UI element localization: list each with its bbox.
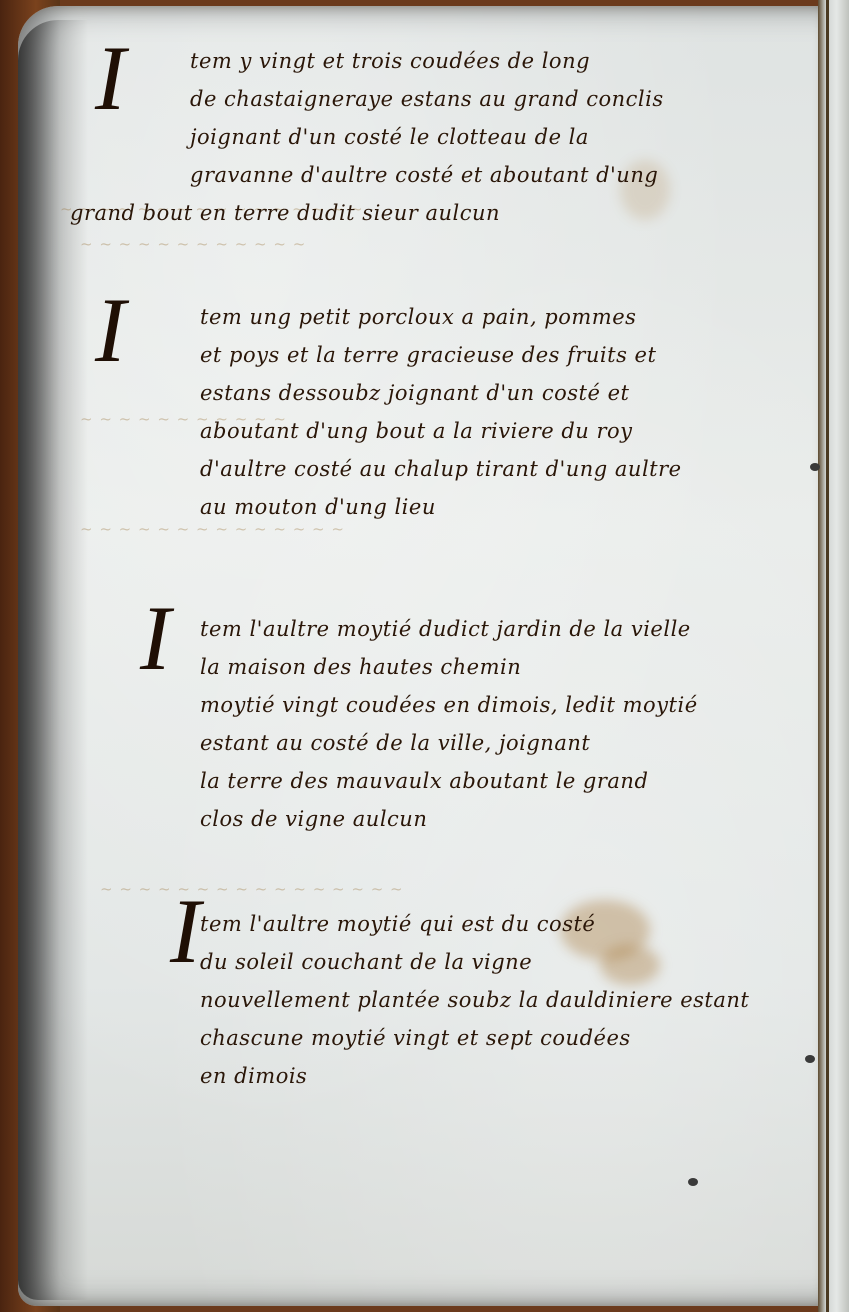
decorated-initial: I — [95, 32, 126, 124]
text-line: gravanne d'aultre costé et aboutant d'un… — [190, 156, 664, 194]
decorated-initial: I — [95, 284, 126, 376]
text-line: clos de vigne aulcun — [200, 800, 698, 838]
paragraph-3: I tem l'aultre moytié dudict jardin de l… — [200, 610, 698, 838]
text-line: nouvellement plantée soubz la dauldinier… — [200, 981, 749, 1019]
binding-spine — [818, 0, 849, 1312]
text-line: et poys et la terre gracieuse des fruits… — [200, 336, 682, 374]
text-line: tem l'aultre moytié dudict jardin de la … — [200, 610, 698, 648]
text-line: la terre des mauvaulx aboutant le grand — [200, 762, 698, 800]
decorated-initial: I — [170, 885, 201, 977]
decorated-initial: I — [140, 592, 171, 684]
text-line: moytié vingt coudées en dimois, ledit mo… — [200, 686, 698, 724]
worm-hole — [805, 1055, 815, 1063]
text-line: tem l'aultre moytié qui est du costé — [200, 905, 749, 943]
worm-hole — [688, 1178, 698, 1186]
show-through-text: ~ ~ ~ ~ ~ ~ ~ ~ ~ ~ ~ ~ — [80, 235, 306, 253]
text-line: au mouton d'ung lieu — [200, 488, 682, 526]
paragraph-4: I tem l'aultre moytié qui est du costé d… — [200, 905, 749, 1095]
paragraph-2: I tem ung petit porcloux a pain, pommes … — [200, 298, 682, 526]
paragraph-1: I tem y vingt et trois coudées de long d… — [190, 42, 664, 232]
text-line: tem ung petit porcloux a pain, pommes — [200, 298, 682, 336]
text-line: du soleil couchant de la vigne — [200, 943, 749, 981]
text-line: tem y vingt et trois coudées de long — [190, 42, 664, 80]
text-line: joignant d'un costé le clotteau de la — [190, 118, 664, 156]
text-line: estant au costé de la ville, joignant — [200, 724, 698, 762]
text-line: d'aultre costé au chalup tirant d'ung au… — [200, 450, 682, 488]
show-through-text: ~ ~ ~ ~ ~ ~ ~ ~ ~ ~ ~ ~ ~ ~ ~ ~ — [100, 880, 404, 898]
text-line: estans dessoubz joignant d'un costé et — [200, 374, 682, 412]
text-line: aboutant d'ung bout a la riviere du roy — [200, 412, 682, 450]
text-line: chascune moytié vingt et sept coudées — [200, 1019, 749, 1057]
text-line: la maison des hautes chemin — [200, 648, 698, 686]
text-line: grand bout en terre dudit sieur aulcun — [70, 194, 664, 232]
worm-hole — [810, 463, 820, 471]
spine-crease — [826, 0, 829, 1312]
text-line: en dimois — [200, 1057, 749, 1095]
text-line: de chastaigneraye estans au grand concli… — [190, 80, 664, 118]
